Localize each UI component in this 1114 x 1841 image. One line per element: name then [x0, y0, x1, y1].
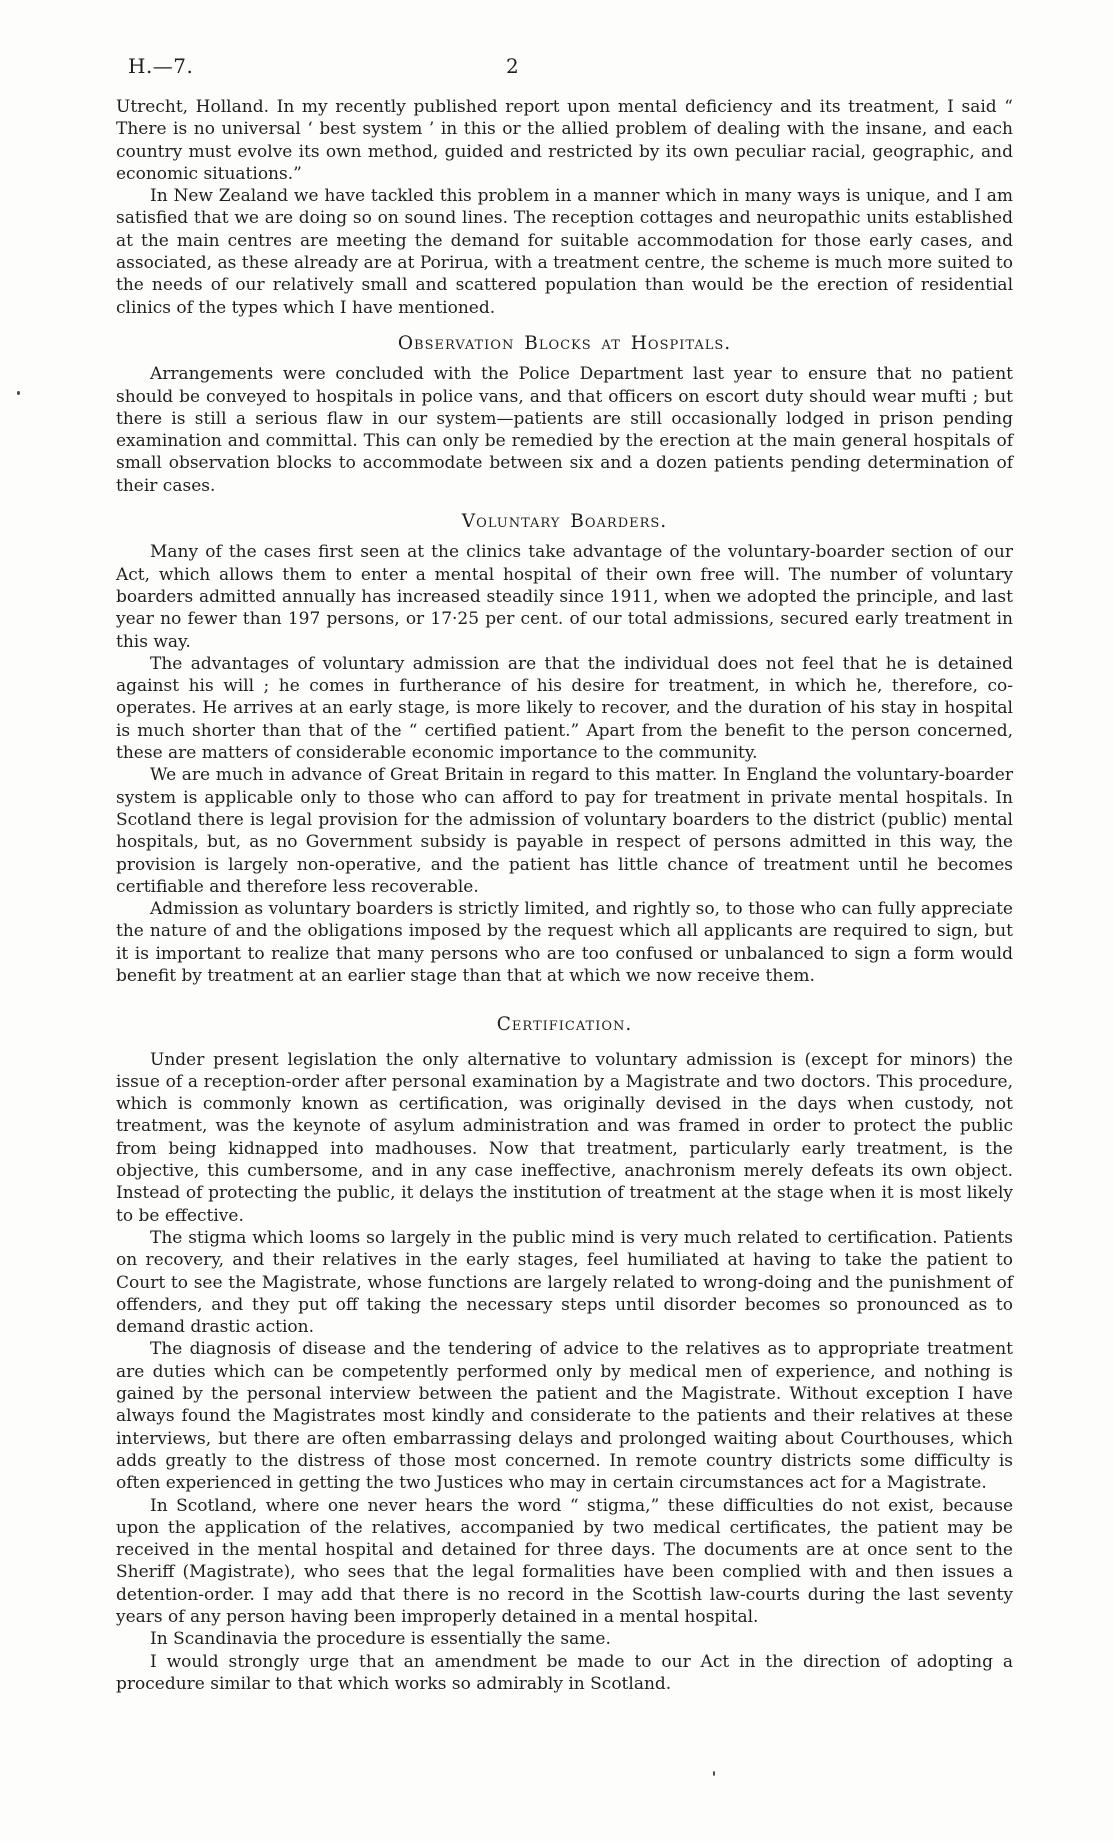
paragraph: The stigma which looms so largely in the…: [116, 1227, 1013, 1338]
scan-artifact-dot: [17, 391, 20, 395]
paragraph: In Scotland, where one never hears the w…: [116, 1495, 1013, 1629]
scan-artifact-dot: [713, 1771, 715, 1776]
section-heading-voluntary-boarders: Voluntary Boarders.: [116, 511, 1013, 533]
paragraph: In Scandinavia the procedure is essentia…: [116, 1628, 1013, 1650]
section-heading-certification: Certification.: [116, 1014, 1013, 1036]
document-body: Utrecht, Holland. In my recently publish…: [116, 96, 1013, 1695]
document-page: H.—7. 2 Utrecht, Holland. In my recently…: [0, 0, 1114, 1841]
paragraph: We are much in advance of Great Britain …: [116, 764, 1013, 898]
page-number: 2: [506, 54, 519, 78]
paragraph: In New Zealand we have tackled this prob…: [116, 185, 1013, 319]
paragraph: The diagnosis of disease and the tenderi…: [116, 1338, 1013, 1494]
paragraph: I would strongly urge that an amendment …: [116, 1651, 1013, 1696]
section-heading-observation-blocks: Observation Blocks at Hospitals.: [116, 333, 1013, 355]
paragraph: Arrangements were concluded with the Pol…: [116, 363, 1013, 497]
paragraph: The advantages of voluntary admission ar…: [116, 653, 1013, 764]
paragraph: Under present legislation the only alter…: [116, 1049, 1013, 1227]
paragraph: Admission as voluntary boarders is stric…: [116, 898, 1013, 987]
page-header: H.—7. 2: [128, 54, 1014, 82]
paragraph: Many of the cases first seen at the clin…: [116, 541, 1013, 652]
document-reference: H.—7.: [128, 54, 193, 78]
paragraph: Utrecht, Holland. In my recently publish…: [116, 96, 1013, 185]
